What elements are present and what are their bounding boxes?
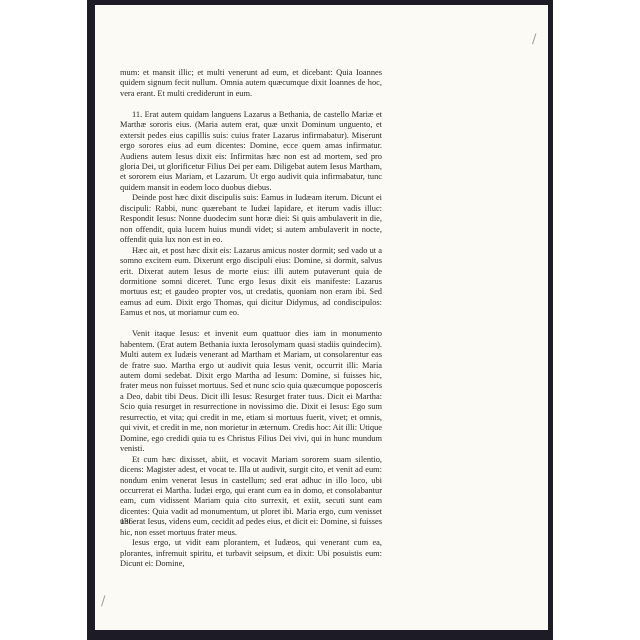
paragraph: Hæc ait, et post hæc dixit eis: Lazarus … [120, 246, 382, 319]
paragraph: mum: et mansit illic; et multi venerunt … [120, 68, 382, 99]
paragraph: Et cum hæc dixisset, abiit, et vocavit M… [120, 455, 382, 539]
paragraph: Deinde post hæc dixit discipulis suis: E… [120, 193, 382, 245]
paragraph: Iesus ergo, ut vidit eam plorantem, et I… [120, 538, 382, 569]
page-number: 136 [120, 516, 133, 526]
paragraph: Venit itaque Iesus: et invenit eum quatt… [120, 329, 382, 454]
paragraph: 11. Erat autem quidam languens Lazarus a… [120, 110, 382, 194]
pencil-mark-bottom: / [101, 595, 105, 608]
pencil-mark-top: / [532, 33, 536, 46]
page-text-block: mum: et mansit illic; et multi venerunt … [120, 68, 382, 570]
